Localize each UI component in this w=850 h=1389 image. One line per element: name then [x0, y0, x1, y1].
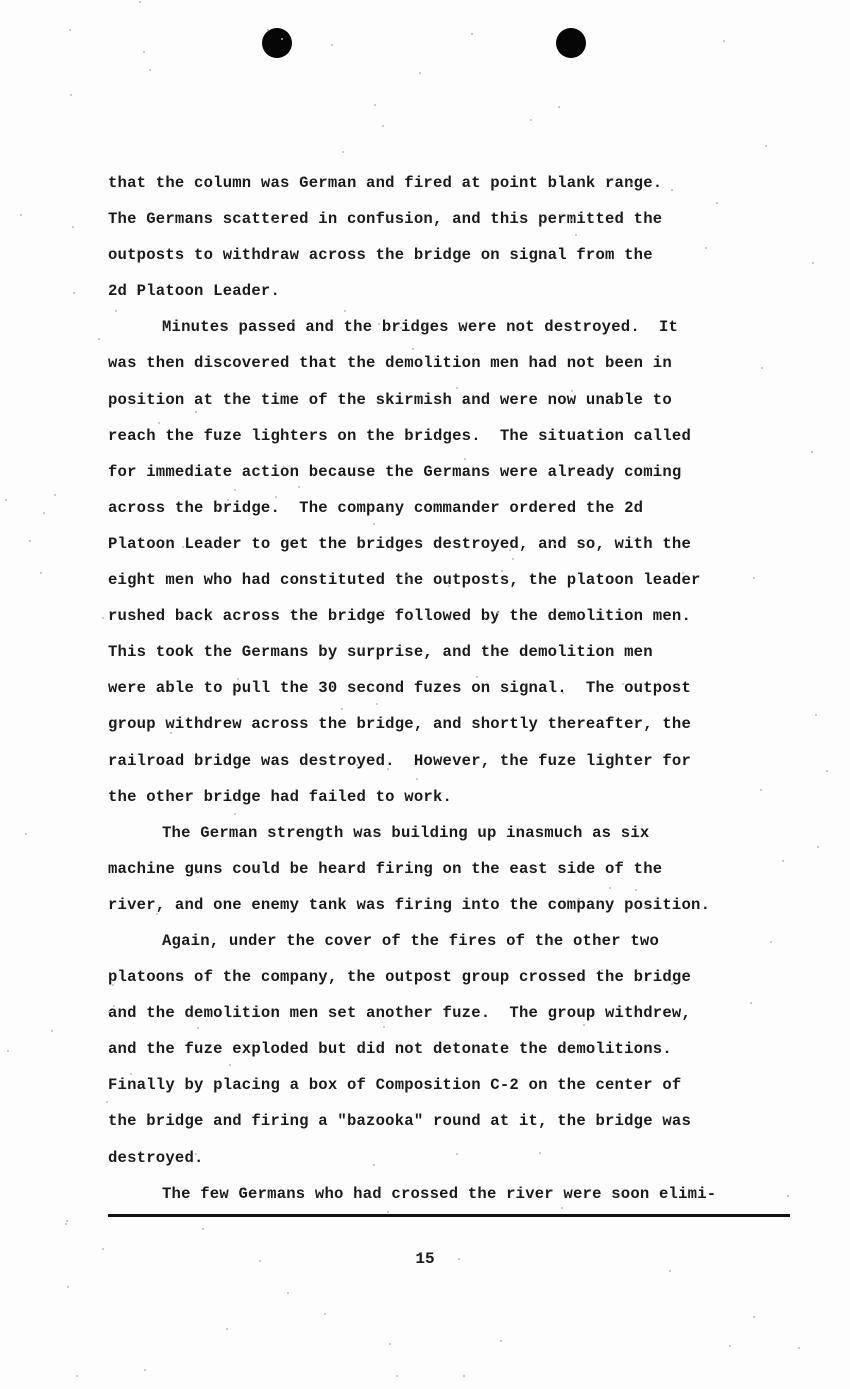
scan-speck [72, 226, 74, 228]
scan-speck [416, 778, 418, 780]
scan-speck [723, 40, 725, 42]
text-line: position at the time of the skirmish and… [108, 382, 808, 418]
scan-speck [609, 887, 611, 889]
text-line: and the fuze exploded but did not detona… [108, 1031, 808, 1067]
scan-speck [571, 219, 573, 221]
scan-speck [671, 189, 673, 191]
text-line: and the demolition men set another fuze.… [108, 995, 808, 1031]
scan-speck [40, 572, 42, 574]
scan-speck [331, 44, 333, 46]
scan-speck [575, 234, 577, 236]
footer-rule [108, 1214, 790, 1217]
scan-speck [456, 387, 458, 389]
scan-speck [423, 326, 425, 328]
scan-speck [558, 106, 560, 108]
scan-speck [70, 94, 72, 96]
scan-speck [195, 872, 197, 874]
page-number: 15 [0, 1250, 850, 1268]
scan-speck [156, 913, 158, 915]
scan-speck [170, 732, 172, 734]
scan-speck [20, 214, 22, 216]
scan-speck [76, 1375, 78, 1377]
scan-speck [66, 1220, 68, 1222]
punch-hole-right [556, 28, 586, 58]
scan-speck [716, 202, 718, 204]
text-line: eight men who had constituted the outpos… [108, 562, 808, 598]
scan-speck [500, 1340, 502, 1342]
scan-speck [227, 499, 229, 501]
text-line: river, and one enemy tank was firing int… [108, 887, 808, 923]
scan-speck [115, 310, 117, 312]
scan-speck [464, 458, 466, 460]
scan-speck [237, 678, 239, 680]
scan-speck [108, 1011, 110, 1013]
scan-speck [571, 390, 573, 392]
scan-speck [374, 104, 376, 106]
text-line: across the bridge. The company commander… [108, 490, 808, 526]
scan-speck [389, 1343, 391, 1345]
text-line: railroad bridge was destroyed. However, … [108, 743, 808, 779]
scan-speck [283, 466, 285, 468]
scan-speck [130, 1073, 132, 1075]
scan-speck [195, 411, 197, 413]
text-line: The Germans scattered in confusion, and … [108, 201, 808, 237]
scan-speck [387, 768, 389, 770]
scan-speck [293, 321, 295, 323]
scan-speck [202, 1228, 204, 1230]
scan-speck [501, 570, 503, 572]
scan-speck [419, 72, 421, 74]
scan-speck [760, 789, 762, 791]
scan-speck [376, 703, 378, 705]
scan-speck [229, 1064, 231, 1066]
scan-speck [197, 1027, 199, 1029]
text-line: Finally by placing a box of Composition … [108, 1067, 808, 1103]
body-text: that the column was German and fired at … [108, 165, 808, 1212]
scan-speck [422, 976, 424, 978]
scan-speck [5, 499, 7, 501]
text-line: Again, under the cover of the fires of t… [108, 923, 808, 959]
scan-speck [383, 610, 385, 612]
scan-speck [234, 489, 236, 491]
scan-speck [292, 579, 294, 581]
scan-speck [669, 1270, 671, 1272]
scan-speck [43, 512, 45, 514]
scan-speck [471, 33, 473, 35]
text-line: for immediate action because the Germans… [108, 454, 808, 490]
scan-speck [539, 1152, 541, 1154]
scan-speck [372, 688, 374, 690]
scan-speck [69, 29, 71, 31]
scan-speck [342, 151, 344, 153]
scan-speck [149, 69, 151, 71]
text-line: group withdrew across the bridge, and sh… [108, 706, 808, 742]
scan-speck [811, 451, 813, 453]
text-line: that the column was German and fired at … [108, 165, 808, 201]
scan-speck [113, 1005, 115, 1007]
scan-speck [226, 1328, 228, 1330]
text-line: Platoon Leader to get the bridges destro… [108, 526, 808, 562]
scan-speck [275, 496, 277, 498]
scan-speck [412, 348, 414, 350]
scan-speck [530, 119, 532, 121]
scan-speck [241, 1085, 243, 1087]
scan-speck [448, 585, 450, 587]
scan-speck [400, 327, 402, 329]
scan-speck [143, 51, 145, 53]
scan-speck [272, 221, 274, 223]
scan-speck [815, 714, 817, 716]
text-line: the other bridge had failed to work. [108, 779, 808, 815]
scan-speck [373, 523, 375, 525]
text-line: platoons of the company, the outpost gro… [108, 959, 808, 995]
scan-speck [753, 577, 755, 579]
scan-speck [29, 540, 31, 542]
scan-speck [561, 1207, 563, 1209]
scan-speck [267, 29, 269, 31]
scan-speck [562, 692, 564, 694]
scan-speck [601, 969, 603, 971]
text-line: reach the fuze lighters on the bridges. … [108, 418, 808, 454]
scan-speck [578, 898, 580, 900]
scan-speck [51, 1030, 53, 1032]
scan-speck [144, 1369, 146, 1371]
text-line: destroyed. [108, 1140, 808, 1176]
scan-speck [281, 38, 283, 40]
scan-speck [787, 1195, 789, 1197]
scan-speck [458, 1258, 460, 1260]
text-line: The few Germans who had crossed the rive… [108, 1176, 808, 1212]
text-line: Minutes passed and the bridges were not … [108, 309, 808, 345]
scan-speck [356, 764, 358, 766]
scan-speck [378, 323, 380, 325]
scan-speck [509, 549, 511, 551]
text-line: outposts to withdraw across the bridge o… [108, 237, 808, 273]
scan-speck [456, 1153, 458, 1155]
scan-speck [765, 145, 767, 147]
text-line: machine guns could be heard firing on th… [108, 851, 808, 887]
scan-speck [259, 1260, 261, 1262]
scan-speck [106, 1101, 108, 1103]
scan-speck [476, 676, 478, 678]
scan-speck [770, 941, 772, 943]
scan-speck [383, 1026, 385, 1028]
punch-hole-left [262, 28, 292, 58]
scan-speck [396, 1375, 398, 1377]
scan-speck [705, 247, 707, 249]
scan-speck [406, 575, 408, 577]
scan-speck [631, 183, 633, 185]
scan-speck [753, 1316, 755, 1318]
scan-speck [324, 1313, 326, 1315]
scan-speck [682, 572, 684, 574]
scan-speck [798, 1347, 800, 1349]
scan-speck [67, 1286, 69, 1288]
scan-speck [387, 1211, 389, 1213]
scan-speck [812, 262, 814, 264]
text-line: The German strength was building up inas… [108, 815, 808, 851]
scan-speck [102, 1248, 104, 1250]
scan-speck [195, 1153, 197, 1155]
scan-speck [426, 616, 428, 618]
scan-speck [73, 292, 75, 294]
text-line: 2d Platoon Leader. [108, 273, 808, 309]
scan-speck [158, 422, 160, 424]
scan-speck [622, 683, 624, 685]
scan-speck [234, 813, 236, 815]
scan-speck [7, 1050, 9, 1052]
scan-speck [25, 833, 27, 835]
text-line: was then discovered that the demolition … [108, 345, 808, 381]
scan-speck [112, 984, 114, 986]
document-page: that the column was German and fired at … [0, 0, 850, 1389]
scan-speck [499, 651, 501, 653]
scan-speck [497, 612, 499, 614]
scan-speck [782, 860, 784, 862]
scan-speck [287, 1292, 289, 1294]
scan-speck [761, 367, 763, 369]
scan-speck [298, 486, 300, 488]
scan-speck [635, 889, 637, 891]
scan-speck [560, 214, 562, 216]
scan-speck [817, 846, 819, 848]
scan-speck [224, 328, 226, 330]
scan-speck [182, 546, 184, 548]
scan-speck [671, 983, 673, 985]
scan-speck [583, 1024, 585, 1026]
scan-speck [373, 1164, 375, 1166]
scan-speck [139, 1, 141, 3]
scan-speck [382, 125, 384, 127]
scan-speck [645, 906, 647, 908]
text-line: the bridge and firing a "bazooka" round … [108, 1103, 808, 1139]
scan-speck [341, 708, 343, 710]
scan-speck [554, 543, 556, 545]
scan-speck [512, 558, 514, 560]
text-line: This took the Germans by surprise, and t… [108, 634, 808, 670]
scan-speck [750, 1002, 752, 1004]
scan-speck [54, 494, 56, 496]
scan-speck [729, 1345, 731, 1347]
scan-speck [102, 617, 104, 619]
text-line: were able to pull the 30 second fuzes on… [108, 670, 808, 706]
scan-speck [98, 338, 100, 340]
scan-speck [463, 1375, 465, 1377]
scan-speck [344, 310, 346, 312]
scan-speck [65, 1223, 67, 1225]
text-line: rushed back across the bridge followed b… [108, 598, 808, 634]
scan-speck [638, 1086, 640, 1088]
scan-speck [826, 770, 828, 772]
